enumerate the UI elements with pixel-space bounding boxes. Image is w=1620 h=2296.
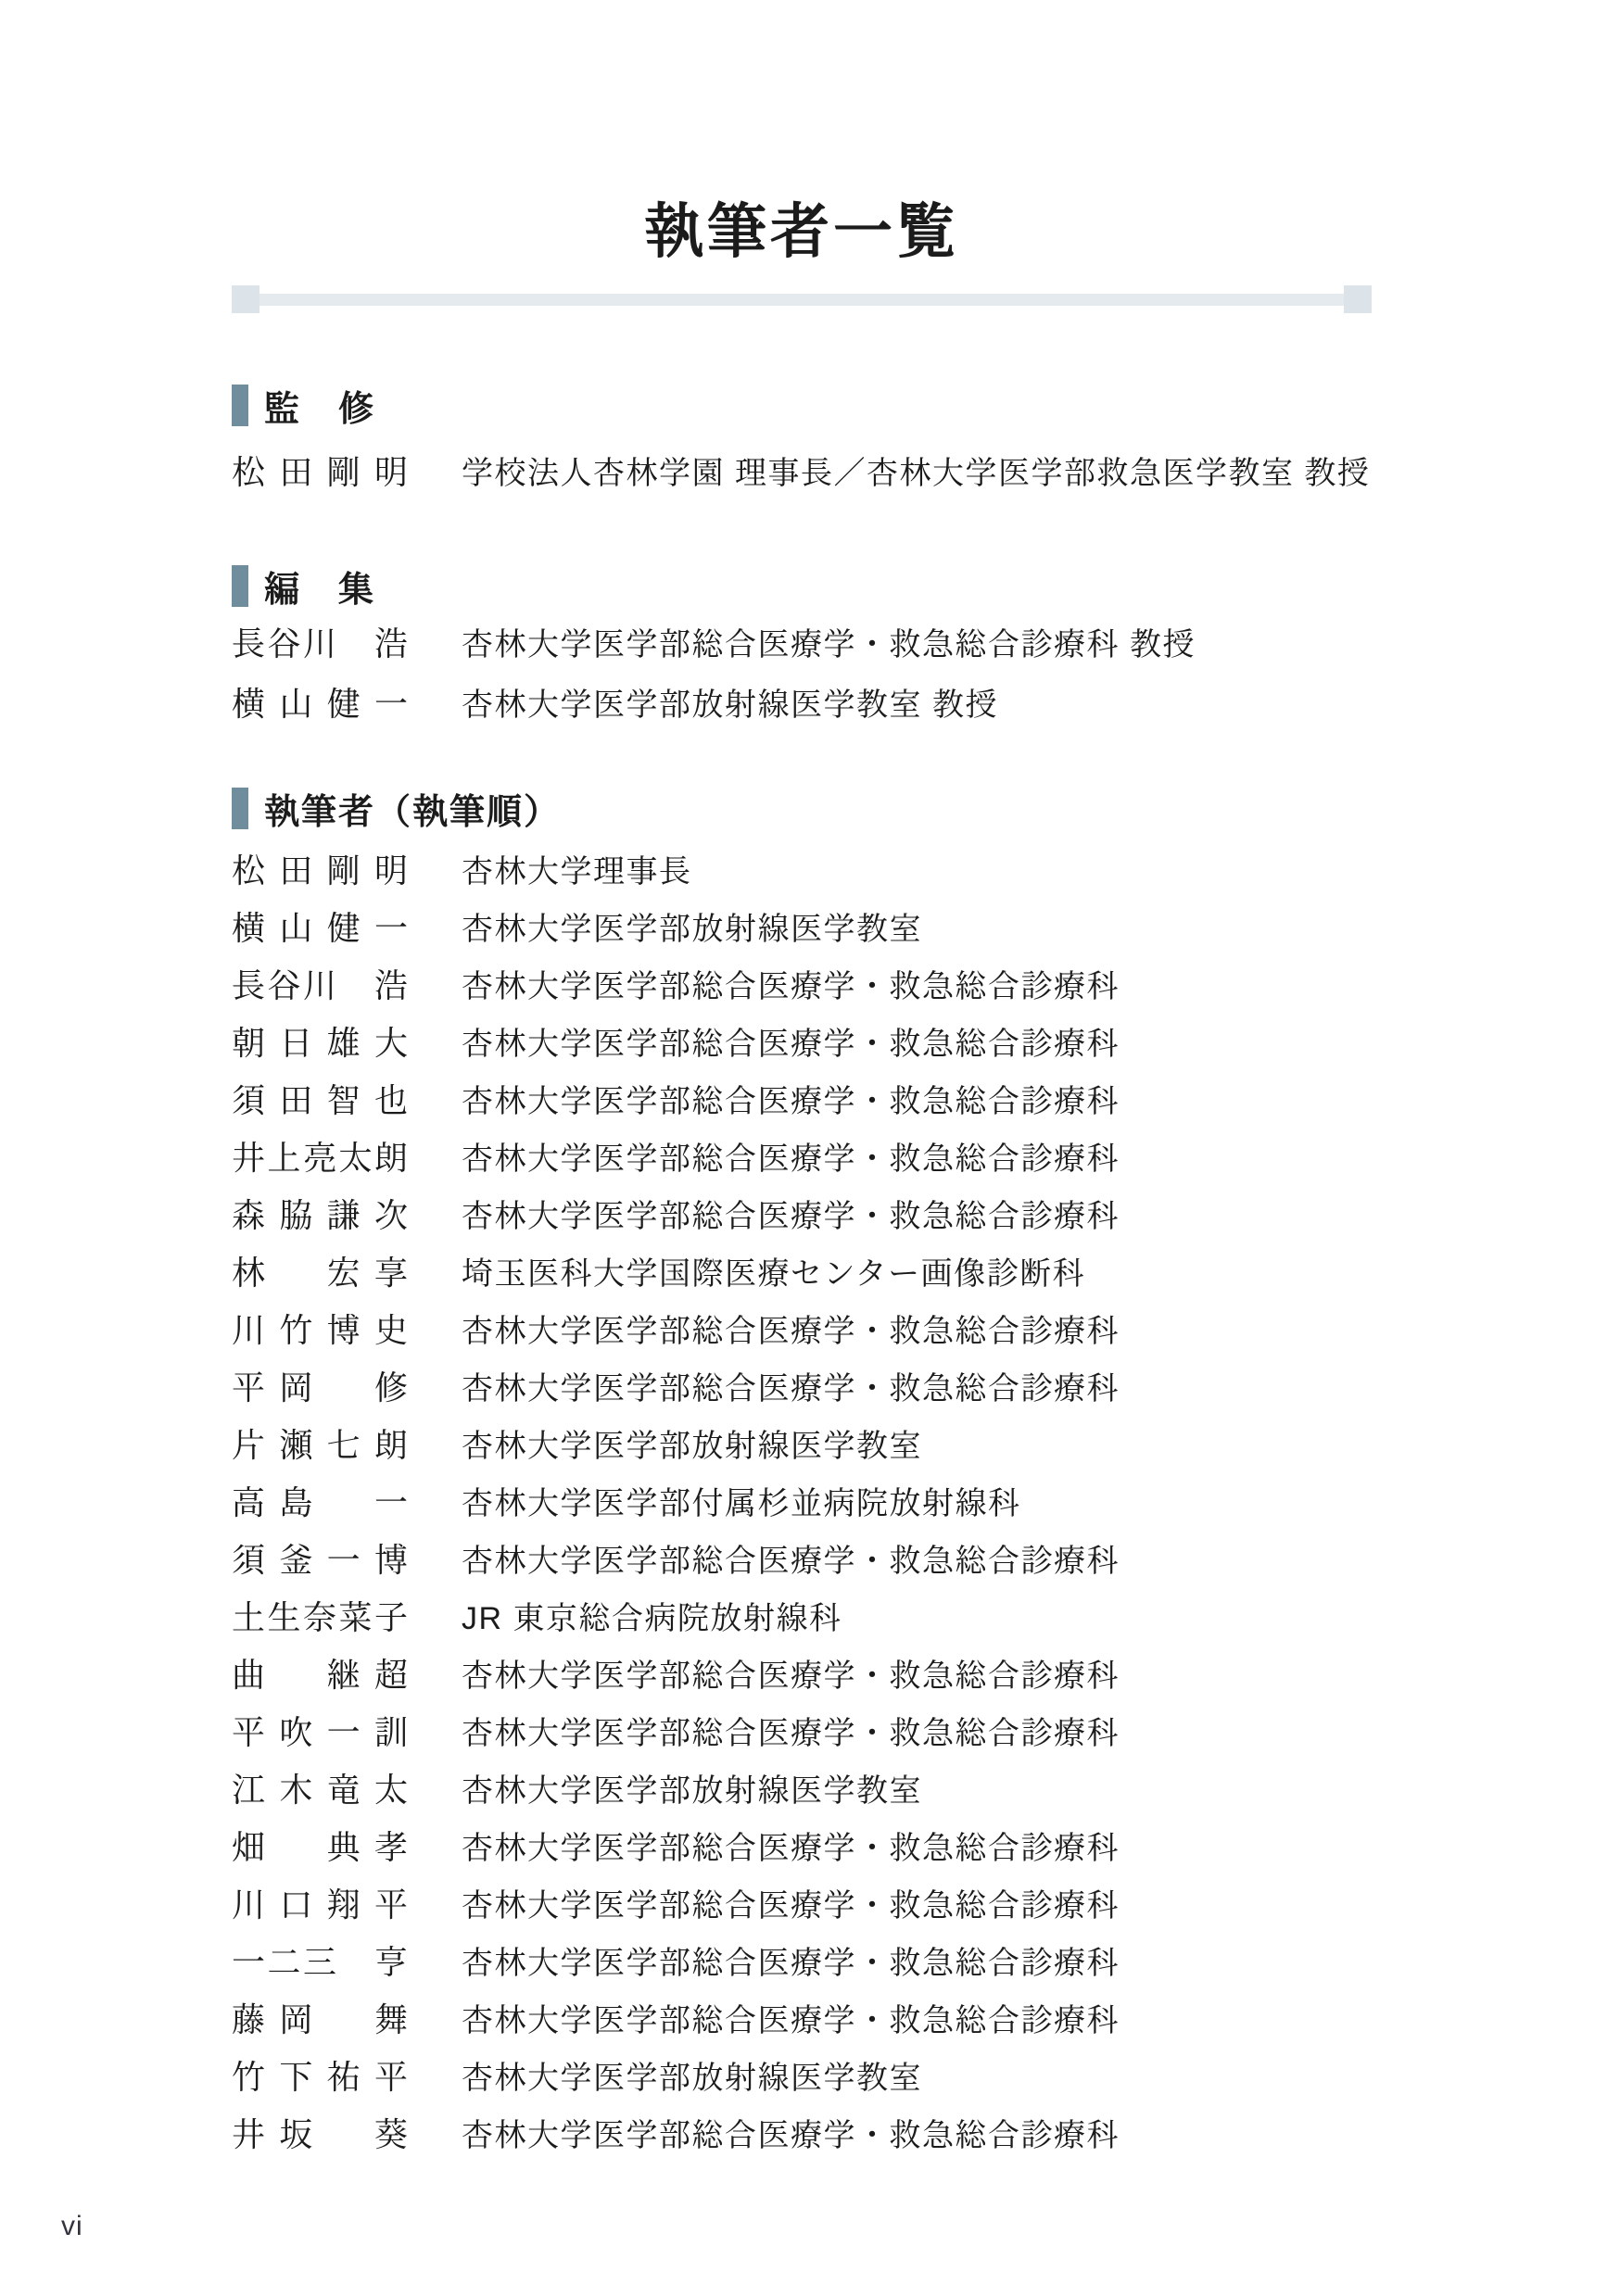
editors-list: 長谷川 浩 杏林大学医学部総合医療学・救急総合診療科 教授 横山健一 杏林大学医… (232, 612, 1529, 732)
author-affiliation: 杏林大学医学部総合医療学・救急総合診療科 (462, 1823, 1120, 1868)
author-affiliation: 杏林大学医学部総合医療学・救急総合診療科 (462, 1937, 1120, 1983)
author-name: 長谷川 浩 (232, 960, 408, 1007)
author-name: 平岡 修 (232, 1362, 408, 1409)
section-heading-label: 監 修 (264, 380, 375, 431)
author-row: 川口翔平 杏林大学医学部総合医療学・救急総合診療科 (232, 1873, 1529, 1931)
author-affiliation: 杏林大学医学部総合医療学・救急総合診療科 (462, 1076, 1120, 1121)
author-affiliation: 杏林大学医学部放射線医学教室 (462, 2052, 922, 2098)
author-affiliation: 杏林大学医学部総合医療学・救急総合診療科 (462, 1018, 1120, 1064)
author-name: 横山健一 (232, 678, 408, 725)
author-affiliation: 杏林大学医学部付属杉並病院放射線科 (462, 1478, 1021, 1523)
author-name: 片瀬七朗 (232, 1419, 408, 1467)
author-affiliation: 杏林大学医学部総合医療学・救急総合診療科 (462, 1535, 1120, 1581)
author-row: 井上亮太朗 杏林大学医学部総合医療学・救急総合診療科 (232, 1127, 1529, 1184)
author-affiliation: 学校法人杏林学園 理事長／杏林大学医学部救急医学教室 教授 (462, 448, 1370, 493)
author-name: 長谷川 浩 (232, 618, 408, 665)
author-row: 須釜一博 杏林大学医学部総合医療学・救急総合診療科 (232, 1529, 1529, 1586)
author-row: 平岡 修 杏林大学医学部総合医療学・救急総合診療科 (232, 1356, 1529, 1414)
section-authors-heading: 執筆者（執筆順） (232, 787, 1529, 829)
divider-end-cap-left (232, 285, 259, 313)
author-row: 松田剛明 杏林大学理事長 (232, 839, 1529, 897)
author-affiliation: 杏林大学医学部放射線医学教室 教授 (462, 679, 998, 725)
author-affiliation: JR 東京総合病院放射線科 (462, 1593, 842, 1638)
heading-accent-bar (232, 565, 248, 607)
author-name: 朝日雄大 (232, 1017, 408, 1065)
author-affiliation: 杏林大学医学部総合医療学・救急総合診療科 (462, 1133, 1120, 1179)
page-number: vi (61, 2211, 83, 2242)
divider-line (259, 294, 1344, 306)
author-row: 横山健一 杏林大学医学部放射線医学教室 (232, 897, 1529, 954)
title-divider (232, 285, 1372, 313)
author-row: 朝日雄大 杏林大学医学部総合医療学・救急総合診療科 (232, 1012, 1529, 1069)
page-title: 執筆者一覧 (232, 185, 1372, 278)
author-row: 横山健一 杏林大学医学部放射線医学教室 教授 (232, 672, 1529, 732)
section-editors-heading: 編 集 (232, 564, 1529, 607)
author-name: 横山健一 (232, 902, 408, 950)
author-row: 長谷川 浩 杏林大学医学部総合医療学・救急総合診療科 教授 (232, 612, 1529, 672)
author-row: 一二三 亨 杏林大学医学部総合医療学・救急総合診療科 (232, 1931, 1529, 1988)
author-name: 林 宏享 (232, 1247, 408, 1294)
author-name: 一二三 亨 (232, 1936, 408, 1984)
author-affiliation: 杏林大学医学部総合医療学・救急総合診療科 (462, 961, 1120, 1006)
author-name: 須釜一博 (232, 1534, 408, 1582)
author-row: 森脇謙次 杏林大学医学部総合医療学・救急総合診療科 (232, 1184, 1529, 1242)
author-row: 林 宏享 埼玉医科大学国際医療センター画像診断科 (232, 1242, 1529, 1299)
author-name: 曲 継超 (232, 1649, 408, 1697)
author-affiliation: 埼玉医科大学国際医療センター画像診断科 (462, 1248, 1085, 1293)
author-row: 土生奈菜子 JR 東京総合病院放射線科 (232, 1586, 1529, 1644)
authors-list: 松田剛明 杏林大学理事長 横山健一 杏林大学医学部放射線医学教室 長谷川 浩 杏… (232, 839, 1529, 2161)
author-row: 江木竜太 杏林大学医学部放射線医学教室 (232, 1759, 1529, 1816)
author-affiliation: 杏林大学医学部放射線医学教室 (462, 903, 922, 949)
author-affiliation: 杏林大学医学部総合医療学・救急総合診療科 (462, 1650, 1120, 1696)
author-row: 畑 典孝 杏林大学医学部総合医療学・救急総合診療科 (232, 1816, 1529, 1873)
author-row: 片瀬七朗 杏林大学医学部放射線医学教室 (232, 1414, 1529, 1471)
section-heading-label: 執筆者（執筆順） (264, 783, 561, 834)
book-page: 執筆者一覧 監 修 松田剛明 学校法人杏林学園 理事長／杏林大学医学部救急医学教… (0, 0, 1620, 2296)
author-name: 畑 典孝 (232, 1822, 408, 1869)
author-affiliation: 杏林大学医学部総合医療学・救急総合診療科 (462, 1306, 1120, 1351)
author-row: 竹下祐平 杏林大学医学部放射線医学教室 (232, 2046, 1529, 2103)
author-row: 曲 継超 杏林大学医学部総合医療学・救急総合診療科 (232, 1644, 1529, 1701)
section-supervision-heading: 監 修 (232, 384, 1529, 426)
author-row: 平吹一訓 杏林大学医学部総合医療学・救急総合診療科 (232, 1701, 1529, 1759)
author-affiliation: 杏林大学医学部放射線医学教室 (462, 1765, 922, 1810)
author-affiliation: 杏林大学医学部放射線医学教室 (462, 1420, 922, 1466)
author-name: 土生奈菜子 (232, 1592, 408, 1639)
author-affiliation: 杏林大学医学部総合医療学・救急総合診療科 (462, 2110, 1120, 2155)
author-row: 長谷川 浩 杏林大学医学部総合医療学・救急総合診療科 (232, 954, 1529, 1012)
author-name: 江木竜太 (232, 1764, 408, 1811)
author-affiliation: 杏林大学医学部総合医療学・救急総合診療科 (462, 1363, 1120, 1408)
author-name: 高島 一 (232, 1477, 408, 1524)
author-row: 松田剛明 学校法人杏林学園 理事長／杏林大学医学部救急医学教室 教授 (232, 440, 1529, 499)
author-row: 井坂 葵 杏林大学医学部総合医療学・救急総合診療科 (232, 2103, 1529, 2161)
author-row: 須田智也 杏林大学医学部総合医療学・救急総合診療科 (232, 1069, 1529, 1127)
section-authors: 執筆者（執筆順） 松田剛明 杏林大学理事長 横山健一 杏林大学医学部放射線医学教… (232, 787, 1529, 2161)
author-name: 平吹一訓 (232, 1707, 408, 1754)
supervision-list: 松田剛明 学校法人杏林学園 理事長／杏林大学医学部救急医学教室 教授 (232, 440, 1529, 499)
author-name: 森脇謙次 (232, 1190, 408, 1237)
author-name: 竹下祐平 (232, 2051, 408, 2099)
divider-end-cap-right (1344, 285, 1372, 313)
author-name: 松田剛明 (232, 845, 408, 892)
author-row: 高島 一 杏林大学医学部付属杉並病院放射線科 (232, 1471, 1529, 1529)
author-name: 井坂 葵 (232, 2109, 408, 2156)
author-row: 藤岡 舞 杏林大学医学部総合医療学・救急総合診療科 (232, 1988, 1529, 2046)
author-name: 川竹博史 (232, 1305, 408, 1352)
author-affiliation: 杏林大学医学部総合医療学・救急総合診療科 (462, 1880, 1120, 1925)
section-supervision: 監 修 松田剛明 学校法人杏林学園 理事長／杏林大学医学部救急医学教室 教授 (232, 384, 1529, 499)
author-affiliation: 杏林大学医学部総合医療学・救急総合診療科 (462, 1995, 1120, 2040)
section-heading-label: 編 集 (264, 561, 375, 612)
heading-accent-bar (232, 385, 248, 426)
author-affiliation: 杏林大学理事長 (462, 846, 692, 891)
author-affiliation: 杏林大学医学部総合医療学・救急総合診療科 (462, 1708, 1120, 1753)
author-name: 須田智也 (232, 1075, 408, 1122)
author-affiliation: 杏林大学医学部総合医療学・救急総合診療科 教授 (462, 619, 1196, 664)
author-name: 井上亮太朗 (232, 1132, 408, 1180)
heading-accent-bar (232, 788, 248, 829)
section-editors: 編 集 長谷川 浩 杏林大学医学部総合医療学・救急総合診療科 教授 横山健一 杏… (232, 564, 1529, 732)
author-row: 川竹博史 杏林大学医学部総合医療学・救急総合診療科 (232, 1299, 1529, 1356)
author-name: 川口翔平 (232, 1879, 408, 1926)
author-name: 藤岡 舞 (232, 1994, 408, 2041)
author-name: 松田剛明 (232, 447, 408, 494)
author-affiliation: 杏林大学医学部総合医療学・救急総合診療科 (462, 1191, 1120, 1236)
